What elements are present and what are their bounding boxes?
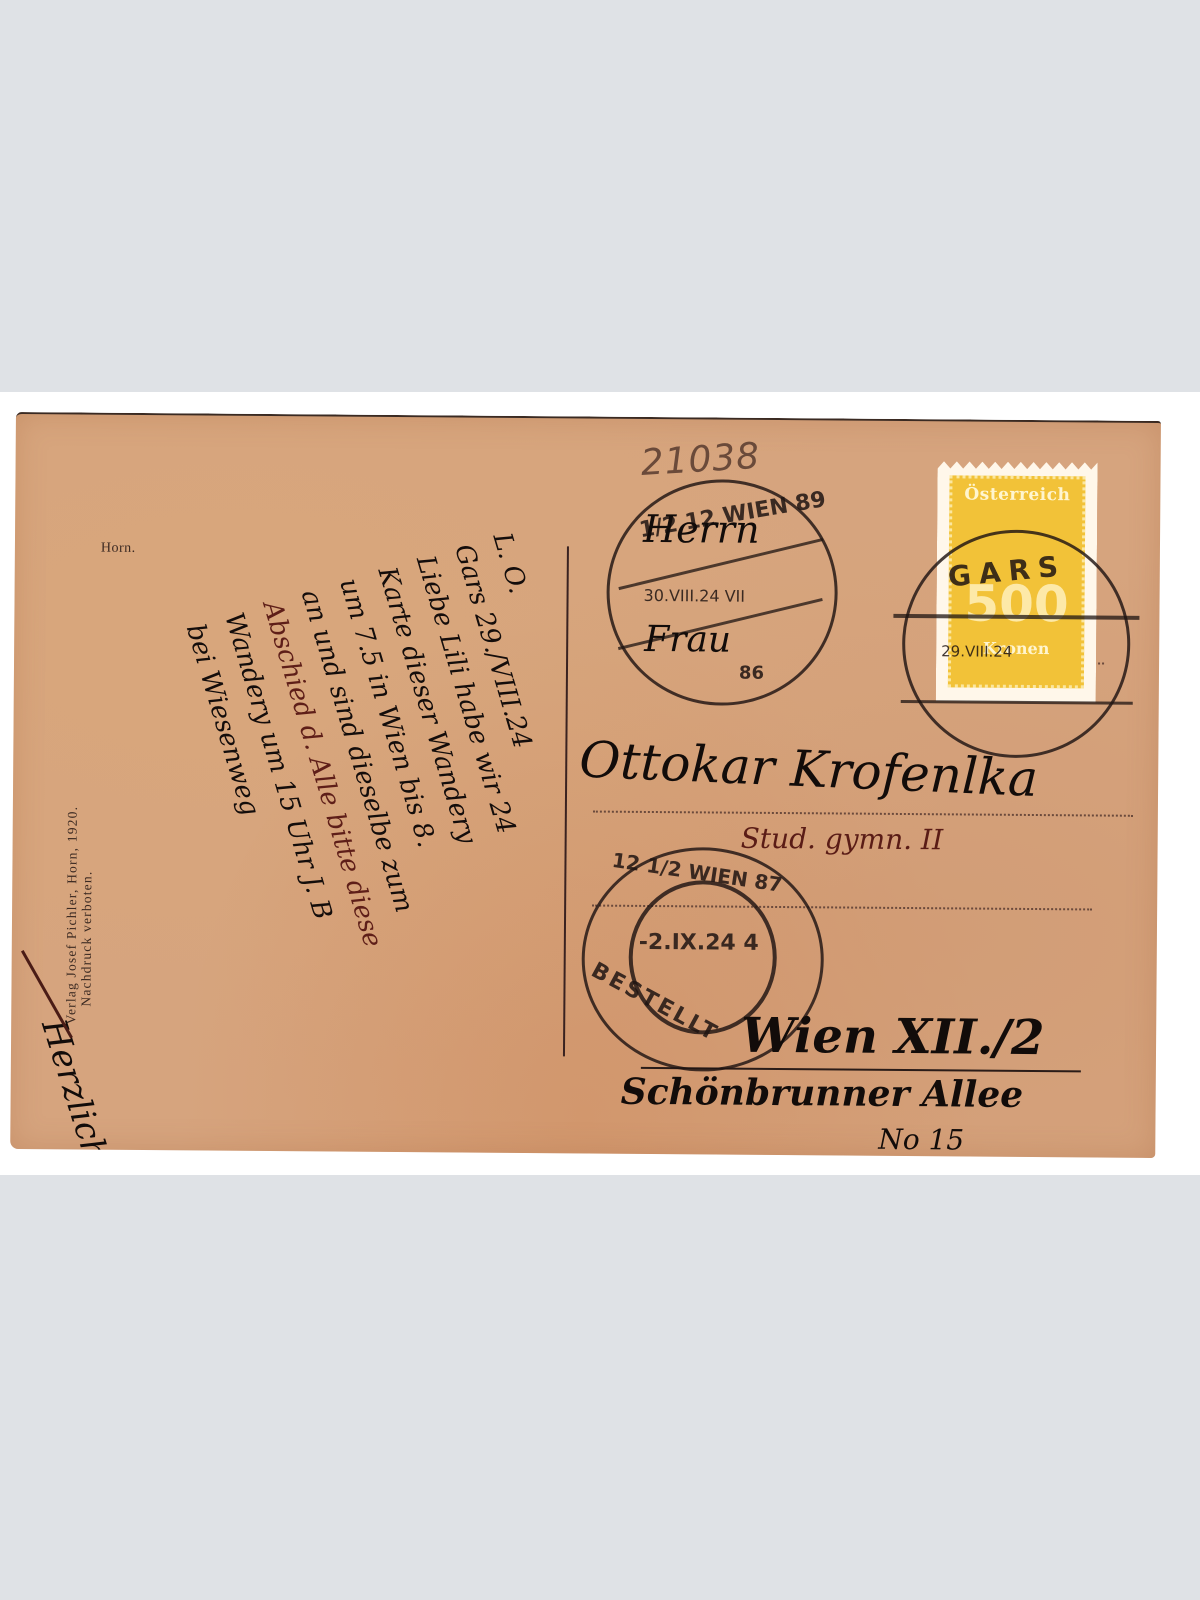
publisher-line-1: Verlag Josef Pichler, Horn, 1920.	[63, 806, 80, 1025]
message-signature: Herzlichst Franz	[33, 1014, 165, 1158]
postmark-wien-89-bottom: 86	[739, 663, 764, 684]
postmark-wien-87-date: -2.IX.24 4	[639, 930, 759, 956]
postmark-gars-bar-lower	[901, 700, 1133, 705]
address-dotted-line-1	[593, 811, 1133, 817]
handwritten-message: L. O. Gars 29./VIII.24 Liebe Lili habe w…	[175, 528, 622, 975]
address-city: Wien XII./2	[741, 1008, 1045, 1066]
address-number: No 15	[878, 1123, 964, 1157]
postmark-gars-bar	[893, 614, 1139, 620]
place-label: Horn.	[101, 541, 136, 557]
inventory-number: 21038	[639, 436, 761, 484]
postmark-gars: GARS 29.VIII.24	[901, 529, 1131, 759]
postcard: Horn. Verlag Josef Pichler, Horn, 1920. …	[10, 412, 1161, 1158]
message-closing: Herzlichst	[33, 1014, 125, 1158]
postmark-gars-date: 29.VIII.24	[941, 642, 1012, 661]
address-street: Schönbrunner Allee	[621, 1071, 1024, 1116]
address-salutation-2: Frau	[644, 619, 731, 661]
postmark-gars-town: GARS	[946, 549, 1067, 593]
address-salutation-1: Herrn	[643, 507, 760, 552]
publisher-imprint: Verlag Josef Pichler, Horn, 1920. Nachdr…	[63, 806, 95, 1025]
postmark-wien-89-date: 30.VIII.24 VII	[644, 586, 746, 606]
publisher-line-2: Nachdruck verboten.	[78, 806, 95, 1025]
stamp-country: Österreich	[952, 484, 1082, 505]
address-title: Stud. gymn. II	[741, 822, 944, 857]
